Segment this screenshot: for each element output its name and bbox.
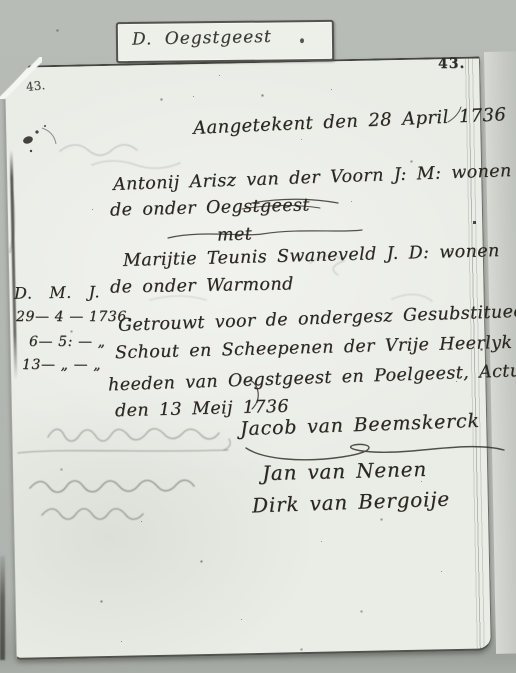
margin-row-1: 29— 4 — 1736.: [16, 309, 132, 325]
margin-row-3: 13— „ — „: [22, 357, 101, 373]
paper-specks: [0, 0, 1, 1]
connector-word: met: [217, 226, 253, 245]
binding-shadow: [10, 150, 18, 380]
tab-ink-dot: [300, 38, 304, 43]
margin-header: D. M. J.: [14, 282, 100, 302]
signature-2: Jan van Nenen: [262, 457, 428, 485]
margin-row-2: 6— 5: — „: [29, 334, 106, 350]
folio-number: 43.: [25, 78, 45, 94]
page-number: 43.: [438, 56, 465, 72]
archive-tab: D. Oegstgeest: [116, 20, 334, 63]
document-scan: D. Oegstgeest 43. 43.: [0, 0, 516, 673]
binding-shadow-bottom: [0, 556, 5, 660]
bride-line-2: de onder Warmond: [110, 276, 294, 297]
archive-tab-label: D. Oegstgeest: [132, 29, 272, 49]
